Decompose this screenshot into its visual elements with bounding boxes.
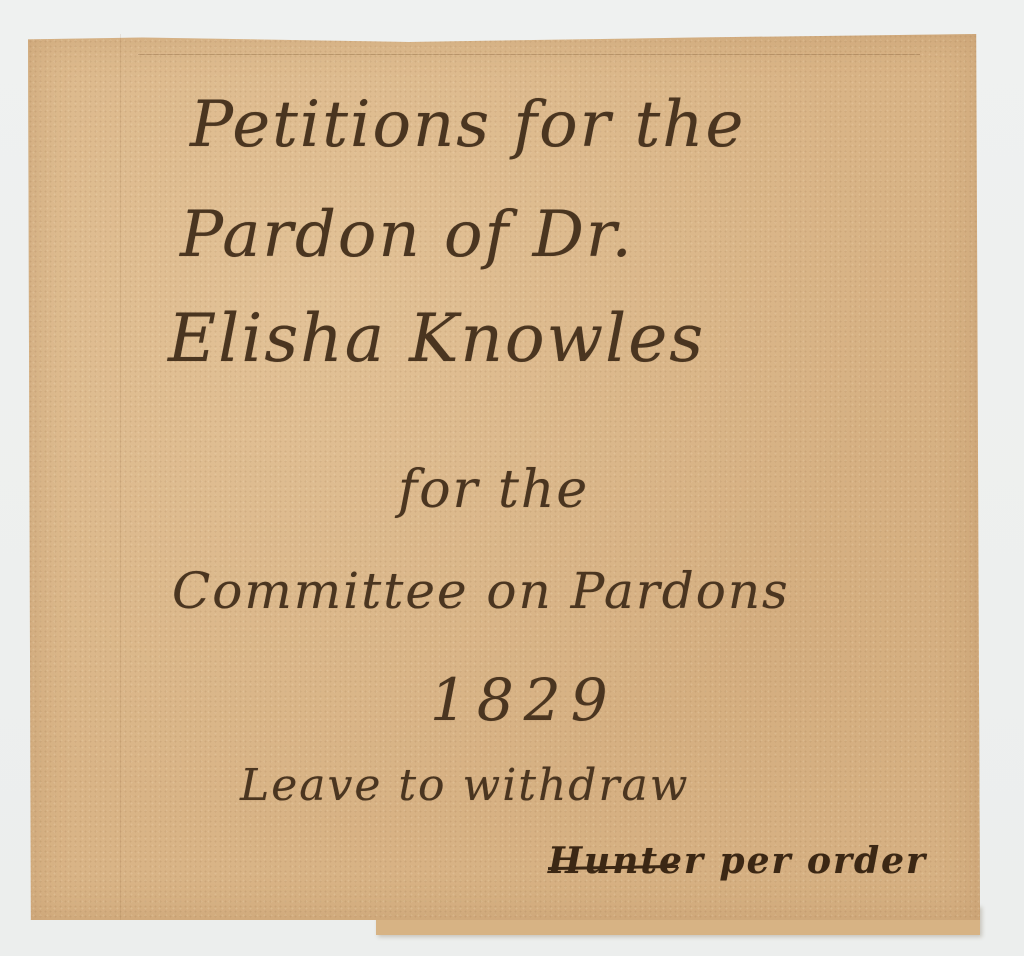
disposition-line: Leave to withdraw bbox=[240, 760, 689, 811]
referral-line: for the bbox=[398, 460, 589, 520]
heading-line-1: Petitions for the bbox=[190, 88, 745, 162]
signature-line: Hunter per order bbox=[548, 840, 927, 882]
fold-crease bbox=[120, 34, 121, 920]
committee-line: Committee on Pardons bbox=[172, 562, 790, 620]
year-line: 1829 bbox=[430, 666, 618, 734]
heading-line-3-name: Elisha Knowles bbox=[168, 300, 705, 377]
heading-line-2: Pardon of Dr. bbox=[180, 198, 634, 272]
